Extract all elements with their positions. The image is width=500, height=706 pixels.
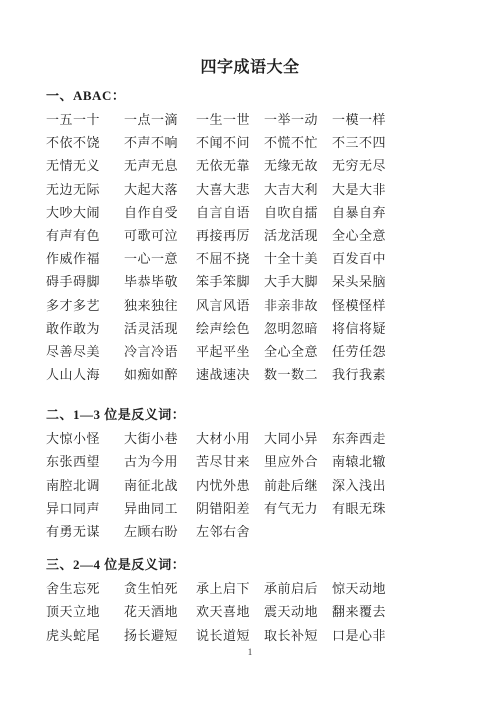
- idiom-row: 人山人海如痴如醉速战速决数一数二我行我素: [46, 363, 470, 386]
- idiom: 可歌可泣: [124, 224, 196, 247]
- idiom: 笨手笨脚: [196, 270, 264, 293]
- idiom: 虎头蛇尾: [46, 624, 124, 647]
- idiom: 大同小异: [264, 427, 332, 450]
- section-heading: 一、ABAC：: [46, 88, 470, 104]
- idiom-row: 异口同声异曲同工阴错阳差有气无力有眼无珠: [46, 497, 470, 520]
- idiom: 东奔西走: [332, 427, 402, 450]
- idiom: 欢天喜地: [196, 600, 264, 623]
- idiom: 前赴后继: [264, 474, 332, 497]
- idiom: 忽明忽暗: [264, 317, 332, 340]
- idiom-row: 无情无义无声无息无依无靠无缘无故无穷无尽: [46, 154, 470, 177]
- idiom: 大是大非: [332, 178, 402, 201]
- idiom: 自言自语: [196, 201, 264, 224]
- idiom: 绘声绘色: [196, 317, 264, 340]
- idiom: 说长道短: [196, 624, 264, 647]
- idiom-row: 有勇无谋左顾右盼左邻右舍: [46, 520, 470, 543]
- idiom: 深入浅出: [332, 474, 402, 497]
- idiom: 大惊小怪: [46, 427, 124, 450]
- idiom: 数一数二: [264, 363, 332, 386]
- idiom: 自作自受: [124, 201, 196, 224]
- idiom-row: 敢作敢为活灵活现绘声绘色忽明忽暗将信将疑: [46, 317, 470, 340]
- idiom-rows: 舍生忘死贪生怕死承上启下承前启后惊天动地顶天立地花天酒地欢天喜地震天动地翻来覆去…: [46, 577, 470, 647]
- idiom: 非亲非故: [264, 294, 332, 317]
- document-page: 四字成语大全 一、ABAC：一五一十一点一滴一生一世一举一动一模一样不依不饶不声…: [0, 0, 500, 706]
- idiom: 内忧外患: [196, 474, 264, 497]
- idiom: 一五一十: [46, 108, 124, 131]
- idiom-row: 无边无际大起大落大喜大悲大吉大利大是大非: [46, 178, 470, 201]
- idiom-row: 有声有色可歌可泣再接再厉活龙活现全心全意: [46, 224, 470, 247]
- idiom-row: 不依不饶不声不响不闻不问不慌不忙不三不四: [46, 131, 470, 154]
- idiom: 无穷无尽: [332, 154, 402, 177]
- idiom: 全心全意: [332, 224, 402, 247]
- idiom: 全心全意: [264, 340, 332, 363]
- idiom: 冷言冷语: [124, 340, 196, 363]
- idiom: 不闻不问: [196, 131, 264, 154]
- idiom-rows: 一五一十一点一滴一生一世一举一动一模一样不依不饶不声不响不闻不问不慌不忙不三不四…: [46, 108, 470, 386]
- section-heading: 二、1—3 位是反义词：: [46, 407, 470, 423]
- idiom: 不三不四: [332, 131, 402, 154]
- idiom-row: 一五一十一点一滴一生一世一举一动一模一样: [46, 108, 470, 131]
- idiom: 百发百中: [332, 247, 402, 270]
- idiom: 无依无靠: [196, 154, 264, 177]
- idiom: 顶天立地: [46, 600, 124, 623]
- idiom: 不依不饶: [46, 131, 124, 154]
- idiom: 古为今用: [124, 450, 196, 473]
- idiom-row: 大吵大闹自作自受自言自语自吹自擂自暴自弃: [46, 201, 470, 224]
- idiom: 承上启下: [196, 577, 264, 600]
- idiom: 大街小巷: [124, 427, 196, 450]
- idiom: 不慌不忙: [264, 131, 332, 154]
- idiom: 作威作福: [46, 247, 124, 270]
- idiom: 怪模怪样: [332, 294, 402, 317]
- idiom: 异口同声: [46, 497, 124, 520]
- idiom: 人山人海: [46, 363, 124, 386]
- idiom: 花天酒地: [124, 600, 196, 623]
- idiom: 惊天动地: [332, 577, 402, 600]
- idiom-row: 尽善尽美冷言冷语平起平坐全心全意任劳任怨: [46, 340, 470, 363]
- idiom: 有勇无谋: [46, 520, 124, 543]
- idiom: 有眼无珠: [332, 497, 402, 520]
- idiom: 翻来覆去: [332, 600, 402, 623]
- page-title: 四字成语大全: [0, 0, 500, 79]
- idiom-row: 多才多艺独来独往风言风语非亲非故怪模怪样: [46, 294, 470, 317]
- idiom: 口是心非: [332, 624, 402, 647]
- idiom: 震天动地: [264, 600, 332, 623]
- idiom: 有气无力: [264, 497, 332, 520]
- idiom: 南征北战: [124, 474, 196, 497]
- idiom: 无情无义: [46, 154, 124, 177]
- idiom: 一生一世: [196, 108, 264, 131]
- idiom: 再接再厉: [196, 224, 264, 247]
- idiom: 里应外合: [264, 450, 332, 473]
- idiom: 平起平坐: [196, 340, 264, 363]
- idiom: 取长补短: [264, 624, 332, 647]
- idiom: 活龙活现: [264, 224, 332, 247]
- idiom: 一点一滴: [124, 108, 196, 131]
- idiom: 南辕北辙: [332, 450, 402, 473]
- idiom-row: 大惊小怪大街小巷大材小用大同小异东奔西走: [46, 427, 470, 450]
- idiom: 贪生怕死: [124, 577, 196, 600]
- idiom: 左顾右盼: [124, 520, 196, 543]
- idiom: 不屈不挠: [196, 247, 264, 270]
- idiom-row: 作威作福一心一意不屈不挠十全十美百发百中: [46, 247, 470, 270]
- idiom: 异曲同工: [124, 497, 196, 520]
- idiom: 一模一样: [332, 108, 402, 131]
- idiom: 阴错阳差: [196, 497, 264, 520]
- sections-container: 一、ABAC：一五一十一点一滴一生一世一举一动一模一样不依不饶不声不响不闻不问不…: [0, 88, 500, 647]
- section: 三、2—4 位是反义词：舍生忘死贪生怕死承上启下承前启后惊天动地顶天立地花天酒地…: [46, 557, 470, 647]
- idiom: 将信将疑: [332, 317, 402, 340]
- page-number: 1: [0, 646, 500, 658]
- idiom: 大吵大闹: [46, 201, 124, 224]
- idiom-row: 顶天立地花天酒地欢天喜地震天动地翻来覆去: [46, 600, 470, 623]
- idiom-rows: 大惊小怪大街小巷大材小用大同小异东奔西走东张西望古为今用苦尽甘来里应外合南辕北辙…: [46, 427, 470, 543]
- idiom: 活灵活现: [124, 317, 196, 340]
- idiom: 南腔北调: [46, 474, 124, 497]
- idiom: 无边无际: [46, 178, 124, 201]
- idiom: 碍手碍脚: [46, 270, 124, 293]
- idiom: 扬长避短: [124, 624, 196, 647]
- idiom: 不声不响: [124, 131, 196, 154]
- idiom: 左邻右舍: [196, 520, 264, 543]
- idiom: 自吹自擂: [264, 201, 332, 224]
- idiom: 一心一意: [124, 247, 196, 270]
- idiom: 独来独往: [124, 294, 196, 317]
- idiom: 我行我素: [332, 363, 402, 386]
- idiom-row: 碍手碍脚毕恭毕敬笨手笨脚大手大脚呆头呆脑: [46, 270, 470, 293]
- idiom-row: 东张西望古为今用苦尽甘来里应外合南辕北辙: [46, 450, 470, 473]
- idiom: 舍生忘死: [46, 577, 124, 600]
- idiom: 有声有色: [46, 224, 124, 247]
- idiom: 尽善尽美: [46, 340, 124, 363]
- section-heading: 三、2—4 位是反义词：: [46, 557, 470, 573]
- idiom-row: 南腔北调南征北战内忧外患前赴后继深入浅出: [46, 474, 470, 497]
- idiom-row: 虎头蛇尾扬长避短说长道短取长补短口是心非: [46, 624, 470, 647]
- section: 二、1—3 位是反义词：大惊小怪大街小巷大材小用大同小异东奔西走东张西望古为今用…: [46, 407, 470, 543]
- idiom-row: 舍生忘死贪生怕死承上启下承前启后惊天动地: [46, 577, 470, 600]
- idiom: 毕恭毕敬: [124, 270, 196, 293]
- idiom: 敢作敢为: [46, 317, 124, 340]
- idiom: 大喜大悲: [196, 178, 264, 201]
- idiom: 呆头呆脑: [332, 270, 402, 293]
- idiom: 任劳任怨: [332, 340, 402, 363]
- idiom: 如痴如醉: [124, 363, 196, 386]
- idiom: 苦尽甘来: [196, 450, 264, 473]
- idiom: 大材小用: [196, 427, 264, 450]
- idiom: 一举一动: [264, 108, 332, 131]
- idiom: 多才多艺: [46, 294, 124, 317]
- idiom: 无声无息: [124, 154, 196, 177]
- idiom: 大吉大利: [264, 178, 332, 201]
- idiom: 自暴自弃: [332, 201, 402, 224]
- idiom: 无缘无故: [264, 154, 332, 177]
- idiom: 大手大脚: [264, 270, 332, 293]
- idiom: 风言风语: [196, 294, 264, 317]
- section: 一、ABAC：一五一十一点一滴一生一世一举一动一模一样不依不饶不声不响不闻不问不…: [46, 88, 470, 386]
- idiom: 承前启后: [264, 577, 332, 600]
- idiom: 大起大落: [124, 178, 196, 201]
- idiom: 东张西望: [46, 450, 124, 473]
- idiom: 速战速决: [196, 363, 264, 386]
- idiom: 十全十美: [264, 247, 332, 270]
